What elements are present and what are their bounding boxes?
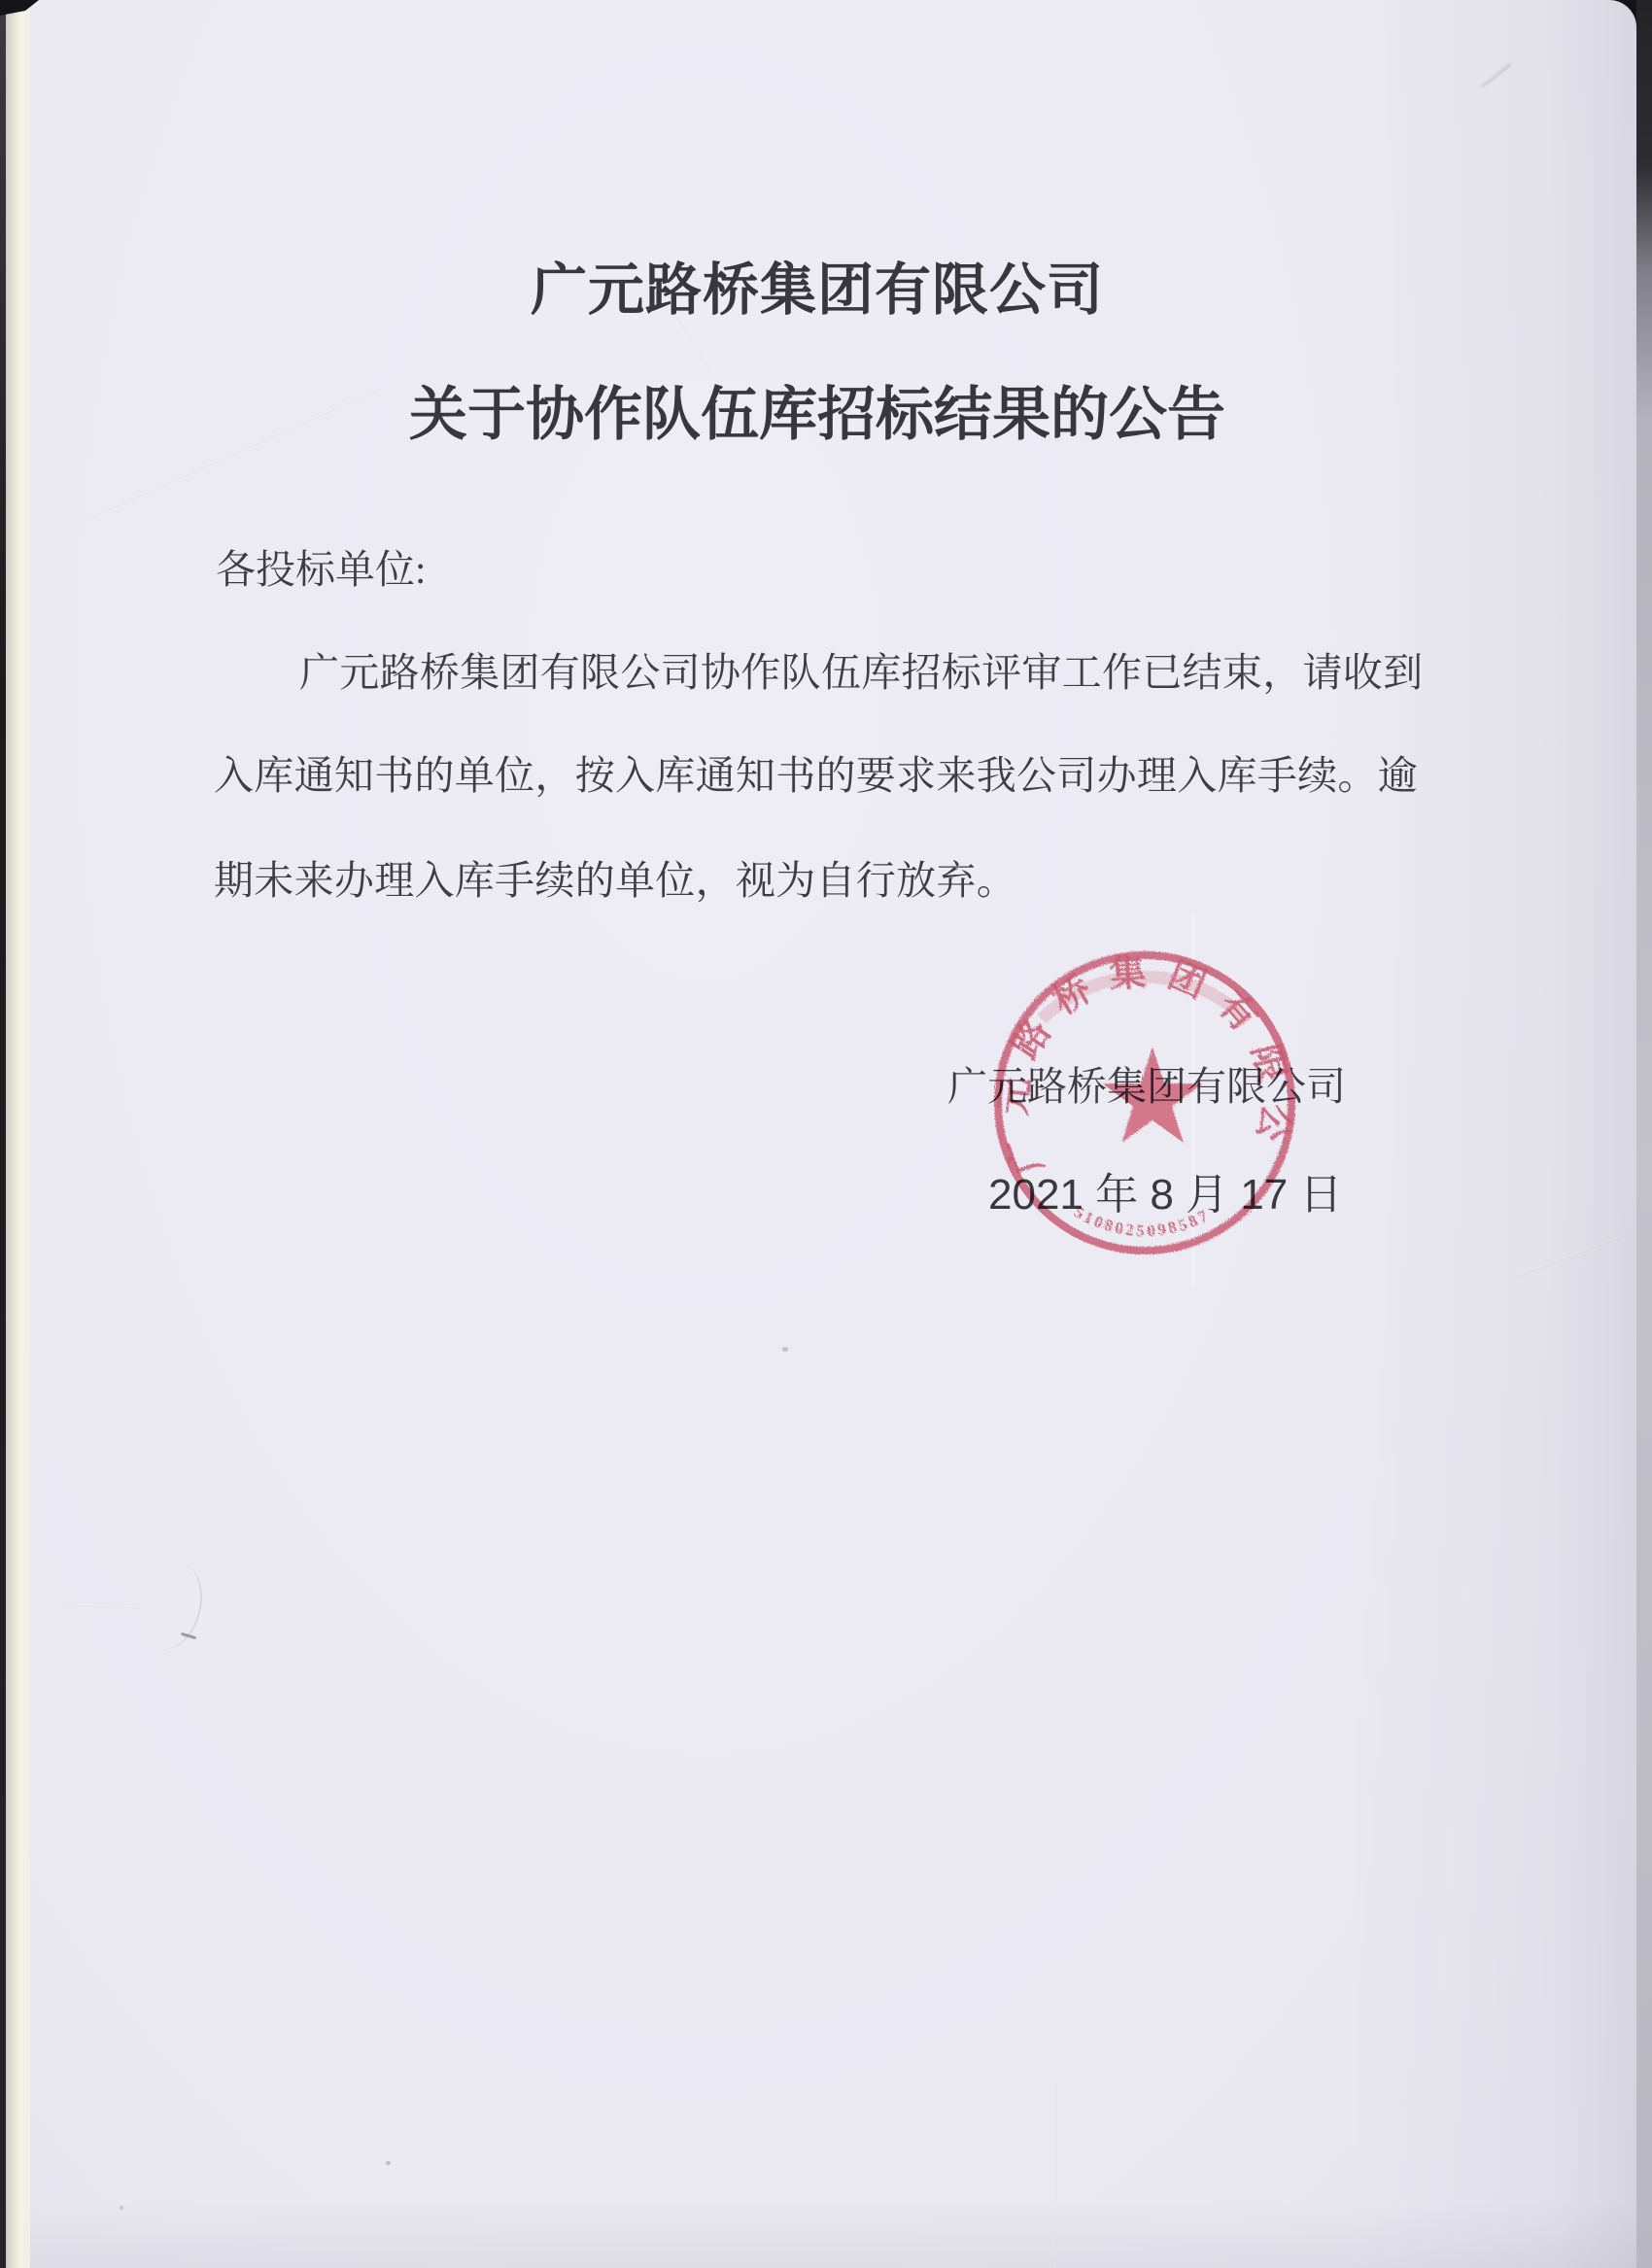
salutation: 各投标单位:: [216, 546, 426, 594]
body-text-line: 入库通知书的单位，按入库通知书的要求来我公司办理入库手续。逾: [214, 752, 1418, 800]
seal-ring-text: 广元路桥集团有限公司: [972, 926, 1296, 1180]
paper-crease: [675, 314, 713, 372]
company-seal-stamp: 广元路桥集团有限公司 5108025098587: [972, 926, 1322, 1284]
document-subtitle: 关于协作队伍库招标结果的公告: [0, 383, 1643, 447]
body-text-line: 期未来办理入库手续的单位，视为自行放弃。: [214, 857, 1016, 905]
paper-crease: [129, 1555, 211, 1657]
scanned-document: 广元路桥集团有限公司 关于协作队伍库招标结果的公告 各投标单位: 广元路桥集团有…: [0, 0, 1652, 2268]
paper-smudge: [1481, 63, 1512, 88]
document-title: 广元路桥集团有限公司: [0, 259, 1643, 322]
paper-crease: [62, 1604, 140, 1609]
seal-star-icon: [1103, 1048, 1203, 1143]
body-text-line: 广元路桥集团有限公司协作队伍库招标评审工作已结束，请收到: [299, 649, 1423, 697]
paper-crease: [1515, 1235, 1625, 1279]
paper-speck: [120, 2206, 123, 2210]
paper-crease-mark: [181, 1632, 196, 1639]
page-stack-edge: [6, 0, 31, 2268]
paper-fold-line: [1054, 2079, 1056, 2268]
seal-graphics: 广元路桥集团有限公司 5108025098587: [972, 926, 1296, 1251]
scanner-right-gutter: [1636, 0, 1652, 2268]
paper-speck: [386, 2161, 391, 2165]
seal-serial-number: 5108025098587: [1071, 1203, 1213, 1241]
paper-speck: [782, 1347, 788, 1352]
paper-sheet: [30, 0, 1636, 2268]
